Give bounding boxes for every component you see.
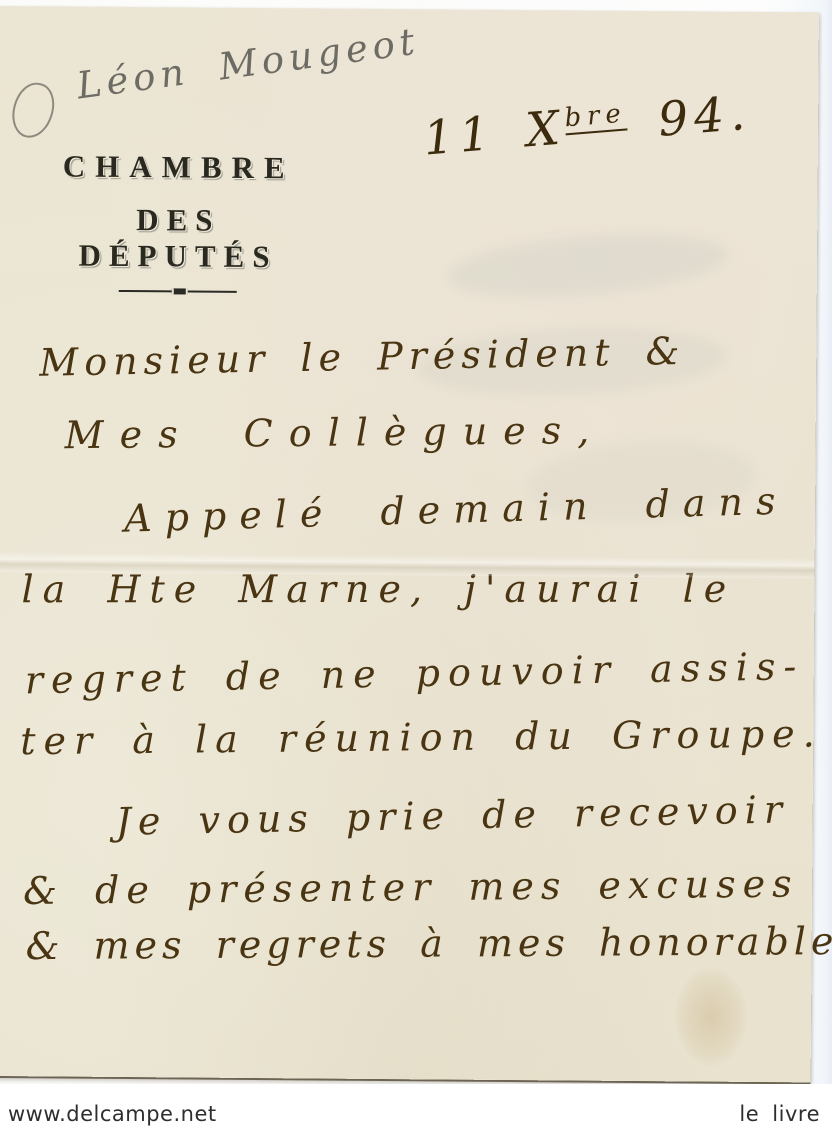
letterhead-rule [119,290,237,293]
letterhead: CHAMBRE DES DÉPUTÉS [20,148,337,293]
handwritten-line: Je vous prie de recevoir [115,787,789,843]
letterhead-line1: CHAMBRE [21,148,337,186]
letter-paper: Léon Mougeot 11 Xbre 94. CHAMBRE DES DÉP… [0,6,819,1082]
date-month-suffix: bre [563,99,628,136]
letter-date: 11 Xbre 94. [421,86,752,167]
date-year: 94. [656,86,753,148]
watermark-delcampe: www.delcampe.net [8,1102,217,1126]
handwritten-line: Mes Collègues, [64,408,605,457]
pencil-owner-name: Léon Mougeot [74,19,422,107]
handwritten-line: & mes regrets à mes honorables [26,919,832,968]
handwritten-line: Appelé demain dans [124,479,789,541]
date-month: X [524,100,568,158]
handwritten-line: & de présenter mes excuses [23,862,799,913]
handwritten-line: ter à la réunion du Groupe. [20,711,823,763]
watermark-lelivre: le livre [739,1102,820,1126]
pencil-circle-mark [7,78,60,142]
showthrough-smudge [446,226,730,306]
handwritten-line: regret de ne pouvoir assis- [24,644,804,702]
stain-spot [675,967,748,1066]
bottom-scan-band: www.delcampe.net le livre [0,1084,832,1132]
letterhead-rule-ornament [172,288,188,294]
letterhead-line2: DES DÉPUTÉS [20,201,337,275]
date-day: 11 [421,106,497,167]
